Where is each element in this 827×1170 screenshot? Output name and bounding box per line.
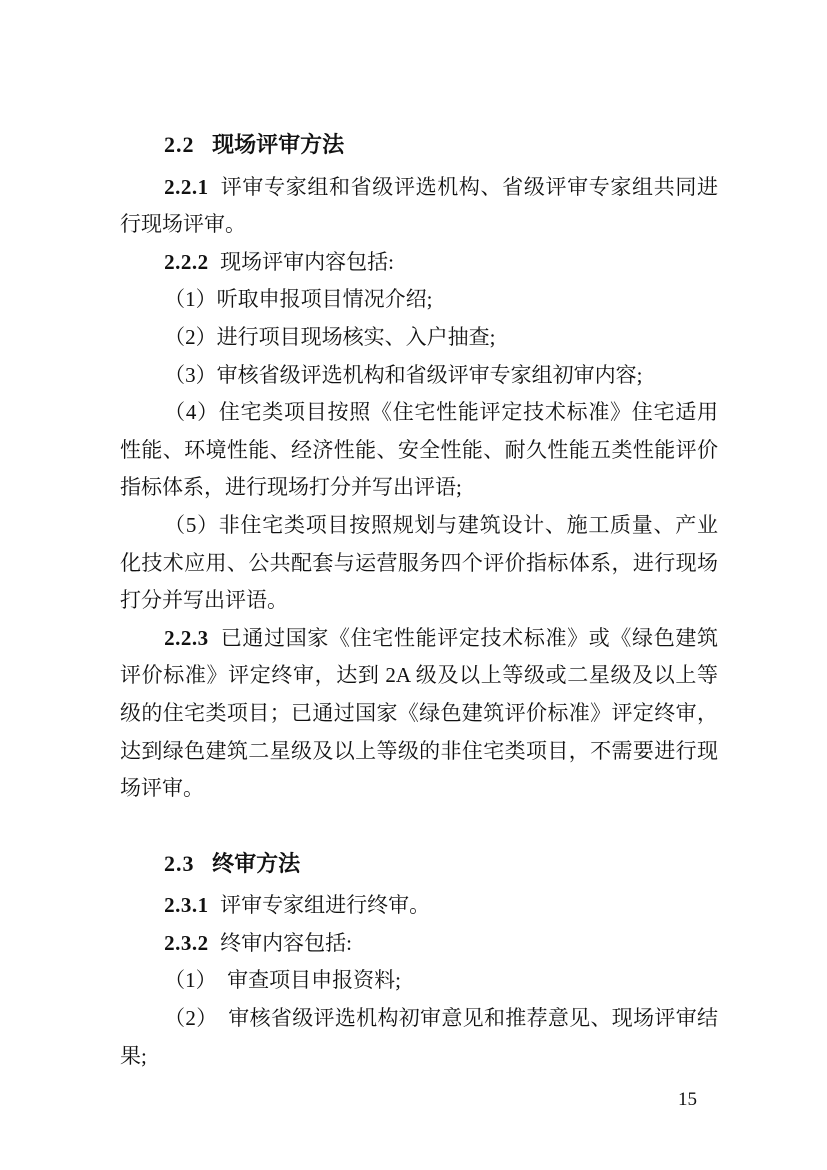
document-page: 2.2现场评审方法 2.2.1评审专家组和省级评选机构、省级评审专家组共同进行现…: [0, 0, 827, 1170]
clause-text: 评审专家组进行终审。: [220, 893, 430, 917]
clause-number: 2.2.3: [164, 626, 209, 650]
list-item-4: （4）住宅类项目按照《住宅性能评定技术标准》住宅适用性能、环境性能、经济性能、安…: [120, 394, 718, 507]
list-item-1: （1）听取申报项目情况介绍;: [120, 281, 718, 319]
list-item-5: （5）非住宅类项目按照规划与建筑设计、施工质量、产业化技术应用、公共配套与运营服…: [120, 507, 718, 620]
clause-number: 2.2.1: [164, 175, 209, 199]
list-item-text: （3）审核省级评选机构和省级评审专家组初审内容;: [164, 363, 642, 387]
paragraph-2-3-1: 2.3.1评审专家组进行终审。: [120, 887, 718, 925]
list-item-text: （2） 审核省级评选机构初审意见和推荐意见、现场评审结果;: [120, 1006, 718, 1068]
list-item-2: （2）进行项目现场核实、入户抽查;: [120, 319, 718, 357]
section-number: 2.3: [164, 851, 195, 876]
list-item-text: （4）住宅类项目按照《住宅性能评定技术标准》住宅适用性能、环境性能、经济性能、安…: [120, 400, 718, 499]
section-heading-2-2: 2.2现场评审方法: [120, 126, 718, 164]
list-item-1: （1） 审查项目申报资料;: [120, 962, 718, 1000]
clause-text: 现场评审内容包括:: [220, 250, 394, 274]
section-title: 现场评审方法: [212, 132, 344, 157]
clause-number: 2.2.2: [164, 250, 209, 274]
clause-text: 终审内容包括:: [220, 931, 352, 955]
list-item-text: （1）听取申报项目情况介绍;: [164, 287, 432, 311]
list-item-text: （1） 审查项目申报资料;: [164, 968, 401, 992]
clause-number: 2.3.1: [164, 893, 209, 917]
paragraph-2-3-2: 2.3.2终审内容包括:: [120, 925, 718, 963]
paragraph-2-2-3: 2.2.3已通过国家《住宅性能评定技术标准》或《绿色建筑评价标准》评定终审，达到…: [120, 620, 718, 808]
list-item-text: （2）进行项目现场核实、入户抽查;: [164, 325, 495, 349]
paragraph-2-2-2: 2.2.2现场评审内容包括:: [120, 244, 718, 282]
section-heading-2-3: 2.3终审方法: [120, 845, 718, 883]
section-number: 2.2: [164, 132, 195, 157]
section-title: 终审方法: [212, 851, 300, 876]
page-content: 2.2现场评审方法 2.2.1评审专家组和省级评选机构、省级评审专家组共同进行现…: [120, 126, 718, 1075]
list-item-text: （5）非住宅类项目按照规划与建筑设计、施工质量、产业化技术应用、公共配套与运营服…: [120, 513, 718, 612]
clause-text: 已通过国家《住宅性能评定技术标准》或《绿色建筑评价标准》评定终审，达到 2A 级…: [120, 626, 718, 800]
list-item-2: （2） 审核省级评选机构初审意见和推荐意见、现场评审结果;: [120, 1000, 718, 1075]
paragraph-2-2-1: 2.2.1评审专家组和省级评选机构、省级评审专家组共同进行现场评审。: [120, 169, 718, 244]
list-item-3: （3）审核省级评选机构和省级评审专家组初审内容;: [120, 357, 718, 395]
clause-text: 评审专家组和省级评选机构、省级评审专家组共同进行现场评审。: [120, 175, 718, 237]
page-number: 15: [678, 1088, 697, 1112]
clause-number: 2.3.2: [164, 931, 209, 955]
